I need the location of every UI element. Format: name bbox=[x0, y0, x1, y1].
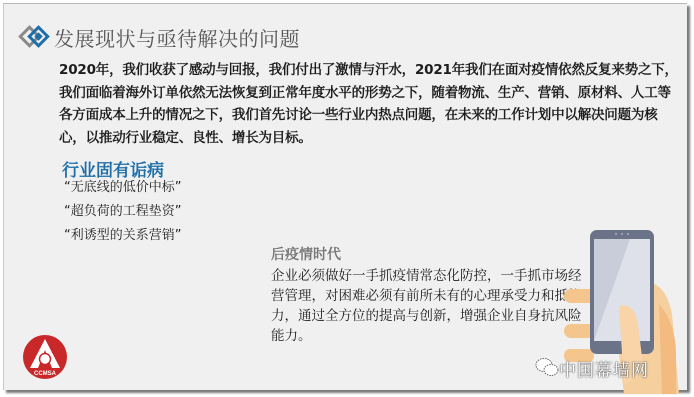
ccmsa-logo: CCMSA bbox=[22, 334, 68, 380]
slide: 发展现状与亟待解决的问题 2020年，我们收获了感动与回报，我们付出了激情与汗水… bbox=[3, 3, 687, 390]
slide-header: 发展现状与亟待解决的问题 bbox=[18, 24, 300, 50]
watermark-text: 中国幕墙网 bbox=[559, 356, 649, 381]
page-title: 发展现状与亟待解决的问题 bbox=[54, 23, 300, 52]
list-item: “超负荷的工程垫资” bbox=[64, 200, 181, 224]
list-item: “无底线的低价中标” bbox=[64, 176, 181, 200]
post-pandemic-paragraph: 企业必须做好一手抓疫情常态化防控，一手抓市场经营管理，对困难必须有前所未有的心理… bbox=[271, 266, 591, 346]
section-post-pandemic-title: 后疫情时代 bbox=[271, 244, 341, 264]
wechat-icon bbox=[534, 356, 560, 378]
intro-paragraph: 2020年，我们收获了感动与回报，我们付出了激情与汗水，2021年我们在面对疫情… bbox=[59, 59, 679, 149]
svg-text:CCMSA: CCMSA bbox=[34, 371, 57, 377]
list-item: “利诱型的关系营销” bbox=[64, 224, 181, 248]
diamond-rings-icon bbox=[18, 25, 52, 49]
industry-issues-list: “无底线的低价中标” “超负荷的工程垫资” “利诱型的关系营销” bbox=[64, 176, 181, 248]
